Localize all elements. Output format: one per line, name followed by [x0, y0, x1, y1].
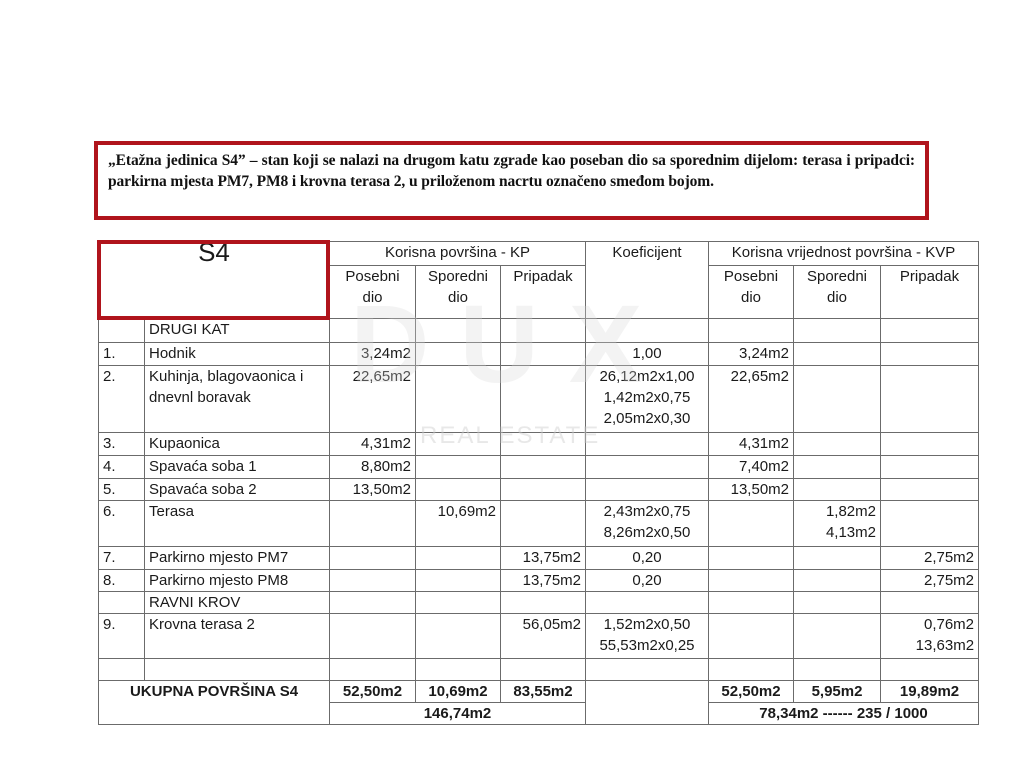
row-number: 3.: [99, 433, 145, 456]
empty-cell: [881, 319, 979, 343]
kp-sporedni: [416, 456, 501, 479]
kp-posebni: 3,24m2: [330, 343, 416, 366]
kp-posebni: 8,80m2: [330, 456, 416, 479]
section-label: DRUGI KAT: [145, 319, 330, 343]
empty-cell: [794, 319, 881, 343]
empty-cell: [416, 319, 501, 343]
empty-cell: [501, 592, 586, 614]
unit-description: „Etažna jedinica S4” – stan koji se nala…: [94, 141, 929, 220]
total-kp-pripadak: 83,55m2: [501, 681, 586, 703]
coefficient: 0,20: [586, 570, 709, 592]
empty-cell: [709, 319, 794, 343]
empty-cell: [709, 592, 794, 614]
kp-pripadak: 13,75m2: [501, 547, 586, 570]
coefficient: [586, 479, 709, 501]
kvp-pripadak: [881, 501, 979, 547]
table-row: 3.Kupaonica4,31m24,31m2: [99, 433, 979, 456]
empty-cell: [330, 592, 416, 614]
empty-cell: [330, 659, 416, 681]
kvp-posebni: [709, 501, 794, 547]
table-row: 4.Spavaća soba 18,80m27,40m2: [99, 456, 979, 479]
kvp-pripadak: 0,76m213,63m2: [881, 614, 979, 659]
kp-posebni-header: Posebnidio: [330, 266, 416, 319]
room-name: Parkirno mjesto PM8: [145, 570, 330, 592]
row-number: [99, 319, 145, 343]
row-number: 1.: [99, 343, 145, 366]
kp-posebni: [330, 570, 416, 592]
kvp-pripadak: 2,75m2: [881, 547, 979, 570]
table-row: 2.Kuhinja, blagovaonica idnevnl boravak2…: [99, 366, 979, 433]
kp-pripadak: [501, 433, 586, 456]
totals-row: UKUPNA POVRŠINA S452,50m210,69m283,55m25…: [99, 681, 979, 703]
kvp-sporedni: [794, 366, 881, 433]
kvp-posebni: 22,65m2: [709, 366, 794, 433]
empty-cell: [330, 319, 416, 343]
row-number: 2.: [99, 366, 145, 433]
kvp-sporedni: [794, 433, 881, 456]
kvp-posebni: 3,24m2: [709, 343, 794, 366]
row-number: 4.: [99, 456, 145, 479]
row-number: 9.: [99, 614, 145, 659]
coefficient: 2,43m2x0,758,26m2x0,50: [586, 501, 709, 547]
kp-posebni: [330, 614, 416, 659]
kp-pripadak: [501, 456, 586, 479]
kvp-posebni: 4,31m2: [709, 433, 794, 456]
kp-sporedni: [416, 479, 501, 501]
table-row: 6.Terasa10,69m22,43m2x0,758,26m2x0,501,8…: [99, 501, 979, 547]
empty-cell: [145, 659, 330, 681]
kvp-posebni-header: Posebnidio: [709, 266, 794, 319]
kvp-sporedni-header: Sporednidio: [794, 266, 881, 319]
kvp-sporedni: 1,82m24,13m2: [794, 501, 881, 547]
kp-pripadak: 13,75m2: [501, 570, 586, 592]
empty-cell: [416, 659, 501, 681]
coefficient: 1,00: [586, 343, 709, 366]
kp-pripadak: [501, 479, 586, 501]
empty-cell: [501, 659, 586, 681]
row-number: 6.: [99, 501, 145, 547]
coefficient: [586, 433, 709, 456]
kp-posebni: 13,50m2: [330, 479, 416, 501]
kp-sporedni: [416, 343, 501, 366]
kvp-group-header: Korisna vrijednost površina - KVP: [709, 242, 979, 266]
kvp-posebni: 13,50m2: [709, 479, 794, 501]
kp-pripadak: [501, 343, 586, 366]
empty-cell: [794, 659, 881, 681]
kvp-pripadak-header: Pripadak: [881, 266, 979, 319]
empty-cell: [881, 592, 979, 614]
coefficient: 26,12m2x1,001,42m2x0,752,05m2x0,30: [586, 366, 709, 433]
kvp-sporedni: [794, 570, 881, 592]
table-row: 9.Krovna terasa 256,05m21,52m2x0,5055,53…: [99, 614, 979, 659]
total-kp-sporedni: 10,69m2: [416, 681, 501, 703]
room-name: Spavaća soba 2: [145, 479, 330, 501]
kp-pripadak: 56,05m2: [501, 614, 586, 659]
kp-sporedni: [416, 614, 501, 659]
table-row: 1.Hodnik3,24m21,003,24m2: [99, 343, 979, 366]
kp-pripadak: [501, 366, 586, 433]
kp-pripadak-header: Pripadak: [501, 266, 586, 319]
kvp-pripadak: [881, 343, 979, 366]
kvp-pripadak: [881, 456, 979, 479]
empty-cell: [709, 659, 794, 681]
section-row-ravni-krov: RAVNI KROV: [99, 592, 979, 614]
total-kvp-pripadak: 19,89m2: [881, 681, 979, 703]
kp-posebni: 4,31m2: [330, 433, 416, 456]
total-kvp-posebni: 52,50m2: [709, 681, 794, 703]
row-number: 5.: [99, 479, 145, 501]
kvp-sporedni: [794, 479, 881, 501]
kp-sporedni: [416, 433, 501, 456]
empty-cell: [586, 319, 709, 343]
kp-pripadak: [501, 501, 586, 547]
empty-cell: [586, 659, 709, 681]
empty-cell: [881, 659, 979, 681]
coefficient: [586, 456, 709, 479]
room-name: Terasa: [145, 501, 330, 547]
table-row: 8.Parkirno mjesto PM813,75m20,202,75m2: [99, 570, 979, 592]
total-kp-posebni: 52,50m2: [330, 681, 416, 703]
kvp-sporedni: [794, 614, 881, 659]
room-name: Parkirno mjesto PM7: [145, 547, 330, 570]
total-kvp-sum: 78,34m2 ------ 235 / 1000: [709, 703, 979, 725]
kp-sporedni: 10,69m2: [416, 501, 501, 547]
empty-cell: [586, 592, 709, 614]
kvp-posebni: [709, 570, 794, 592]
section-row-drugi-kat: DRUGI KAT: [99, 319, 979, 343]
kvp-pripadak: 2,75m2: [881, 570, 979, 592]
kvp-pripadak: [881, 479, 979, 501]
total-koef-empty: [586, 681, 709, 725]
room-name: Krovna terasa 2: [145, 614, 330, 659]
kvp-posebni: [709, 614, 794, 659]
kvp-posebni: 7,40m2: [709, 456, 794, 479]
room-name: Kupaonica: [145, 433, 330, 456]
row-number: [99, 592, 145, 614]
empty-cell: [794, 592, 881, 614]
room-name: Kuhinja, blagovaonica idnevnl boravak: [145, 366, 330, 433]
coefficient: 1,52m2x0,5055,53m2x0,25: [586, 614, 709, 659]
kp-group-header: Korisna površina - KP: [330, 242, 586, 266]
kp-sporedni: [416, 366, 501, 433]
empty-cell: [501, 319, 586, 343]
empty-row: [99, 659, 979, 681]
room-name: Spavaća soba 1: [145, 456, 330, 479]
coefficient: 0,20: [586, 547, 709, 570]
koef-header: Koeficijent: [586, 242, 709, 319]
kp-sporedni-header: Sporednidio: [416, 266, 501, 319]
unit-label: S4: [99, 242, 330, 319]
total-kvp-sporedni: 5,95m2: [794, 681, 881, 703]
room-name: Hodnik: [145, 343, 330, 366]
total-kp-sum: 146,74m2: [330, 703, 586, 725]
kvp-sporedni: [794, 343, 881, 366]
kvp-posebni: [709, 547, 794, 570]
row-number: 7.: [99, 547, 145, 570]
kvp-pripadak: [881, 433, 979, 456]
header-row-1: S4 Korisna površina - KP Koeficijent Kor…: [99, 242, 979, 266]
section-label: RAVNI KROV: [145, 592, 330, 614]
kp-posebni: [330, 547, 416, 570]
kp-posebni: 22,65m2: [330, 366, 416, 433]
kvp-pripadak: [881, 366, 979, 433]
empty-cell: [416, 592, 501, 614]
totals-label: UKUPNA POVRŠINA S4: [99, 681, 330, 725]
kvp-sporedni: [794, 547, 881, 570]
row-number: 8.: [99, 570, 145, 592]
table-row: 7.Parkirno mjesto PM713,75m20,202,75m2: [99, 547, 979, 570]
kp-posebni: [330, 501, 416, 547]
area-table: S4 Korisna površina - KP Koeficijent Kor…: [98, 241, 979, 725]
empty-cell: [99, 659, 145, 681]
kp-sporedni: [416, 570, 501, 592]
kp-sporedni: [416, 547, 501, 570]
kvp-sporedni: [794, 456, 881, 479]
table-row: 5.Spavaća soba 213,50m213,50m2: [99, 479, 979, 501]
